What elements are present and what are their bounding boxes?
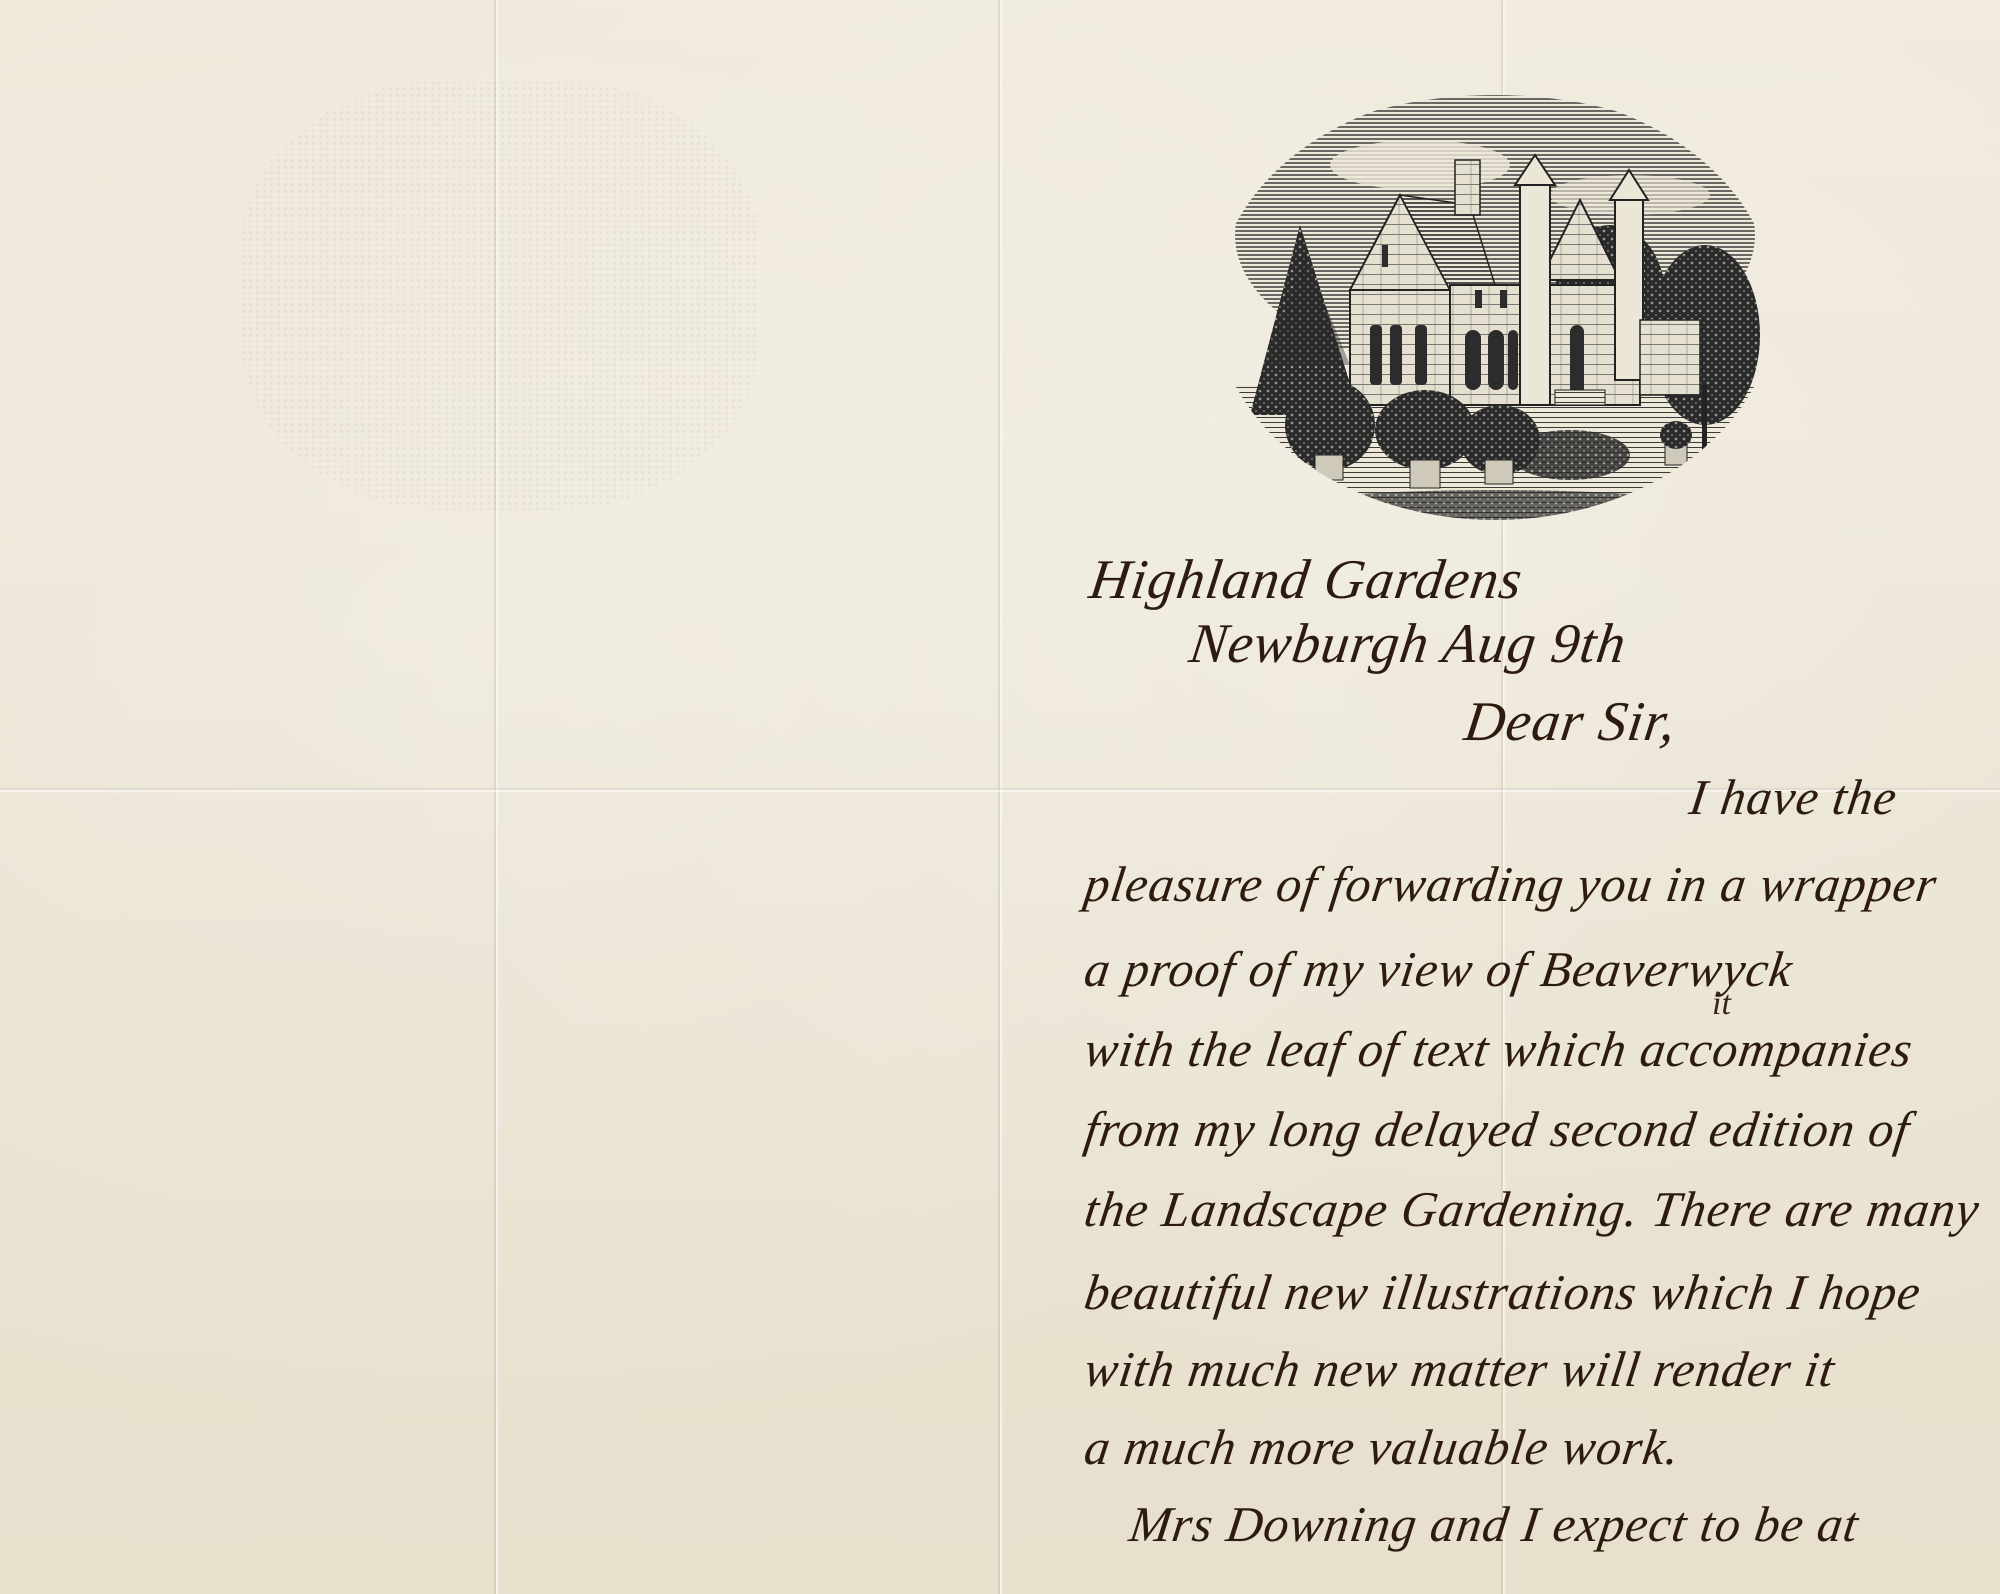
place-line-1: Highland Gardens [1086,548,1527,612]
body-line-8: with much new matter will render it [1081,1340,1839,1398]
body-line-6: the Landscape Gardening. There are many [1081,1180,1984,1238]
place-date-line: Newburgh Aug 9th [1186,612,1631,676]
body-line-10: Mrs Downing and I expect to be at [1126,1495,1863,1553]
letter-sheet: ​ [0,0,2000,1594]
body-line-4: with the leaf of text which accompanies [1081,1020,1917,1078]
letter-text: Highland Gardens Newburgh Aug 9th Dear S… [0,0,2000,1594]
body-line-2: pleasure of forwarding you in a wrapper [1081,855,1941,913]
body-line-7: beautiful new illustrations which I hope [1081,1263,1925,1321]
body-line-5: from my long delayed second edition of [1081,1100,1914,1158]
interlinear-insert: it [1712,985,1731,1023]
salutation: Dear Sir, [1461,690,1681,754]
body-line-3: a proof of my view of Beaverwyck [1081,940,1797,998]
body-line-9: a much more valuable work. [1081,1418,1684,1476]
body-line-1: I have the [1686,768,1901,826]
